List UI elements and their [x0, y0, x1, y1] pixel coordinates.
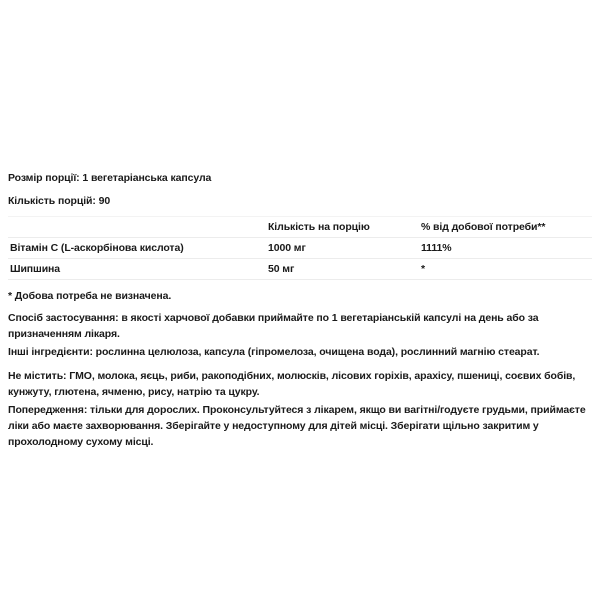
- serving-size: Розмір порції: 1 вегетаріанська капсула: [8, 172, 211, 184]
- header-name: [8, 217, 266, 238]
- table-row: Шипшина 50 мг *: [8, 259, 592, 280]
- usage-instructions: Спосіб застосування: в якості харчової д…: [8, 310, 592, 342]
- ingredient-daily-value: 1111%: [419, 238, 592, 259]
- warning: Попередження: тільки для дорослих. Проко…: [8, 402, 592, 450]
- nutrition-table: Кількість на порцію % від добової потреб…: [8, 216, 592, 280]
- footnote: * Добова потреба не визначена.: [8, 290, 171, 302]
- ingredient-amount: 50 мг: [266, 259, 419, 280]
- servings-count: Кількість порцій: 90: [8, 195, 110, 207]
- ingredient-amount: 1000 мг: [266, 238, 419, 259]
- table-row: Вітамін С (L-аскорбінова кислота) 1000 м…: [8, 238, 592, 259]
- header-amount: Кількість на порцію: [266, 217, 419, 238]
- table-header-row: Кількість на порцію % від добової потреб…: [8, 217, 592, 238]
- ingredient-name: Шипшина: [8, 259, 266, 280]
- other-ingredients: Інші інгредієнти: рослинна целюлоза, кап…: [8, 344, 592, 360]
- ingredient-daily-value: *: [419, 259, 592, 280]
- allergen-free-statement: Не містить: ГМО, молока, яєць, риби, рак…: [8, 368, 592, 400]
- header-daily-value: % від добової потреби**: [419, 217, 592, 238]
- ingredient-name: Вітамін С (L-аскорбінова кислота): [8, 238, 266, 259]
